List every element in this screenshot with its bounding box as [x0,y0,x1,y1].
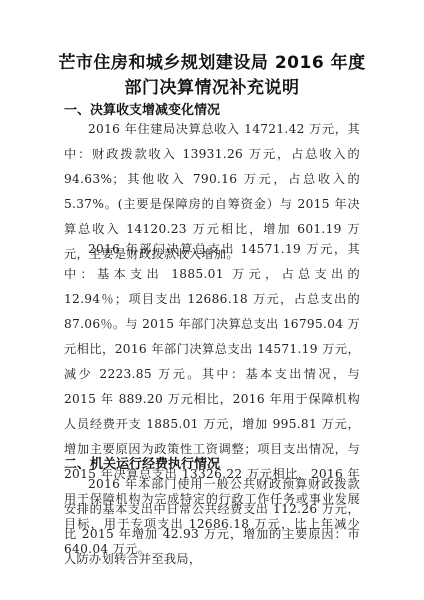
document-title-line2: 部门决算情况补充说明 [0,73,424,98]
paragraph-operating-costs: 2016 年本部门使用一般公共财政预算财政拨款安排的基本支出中日常公共经费支出 … [64,472,360,572]
document-page: 芒市住房和城乡规划建设局 2016 年度 部门决算情况补充说明 一、决算收支增减… [0,0,424,600]
document-title-line1: 芒市住房和城乡规划建设局 2016 年度 [0,48,424,73]
section-heading-2: 二、机关运行经费执行情况 [64,453,220,472]
section-heading-1: 一、决算收支增减变化情况 [64,99,220,118]
